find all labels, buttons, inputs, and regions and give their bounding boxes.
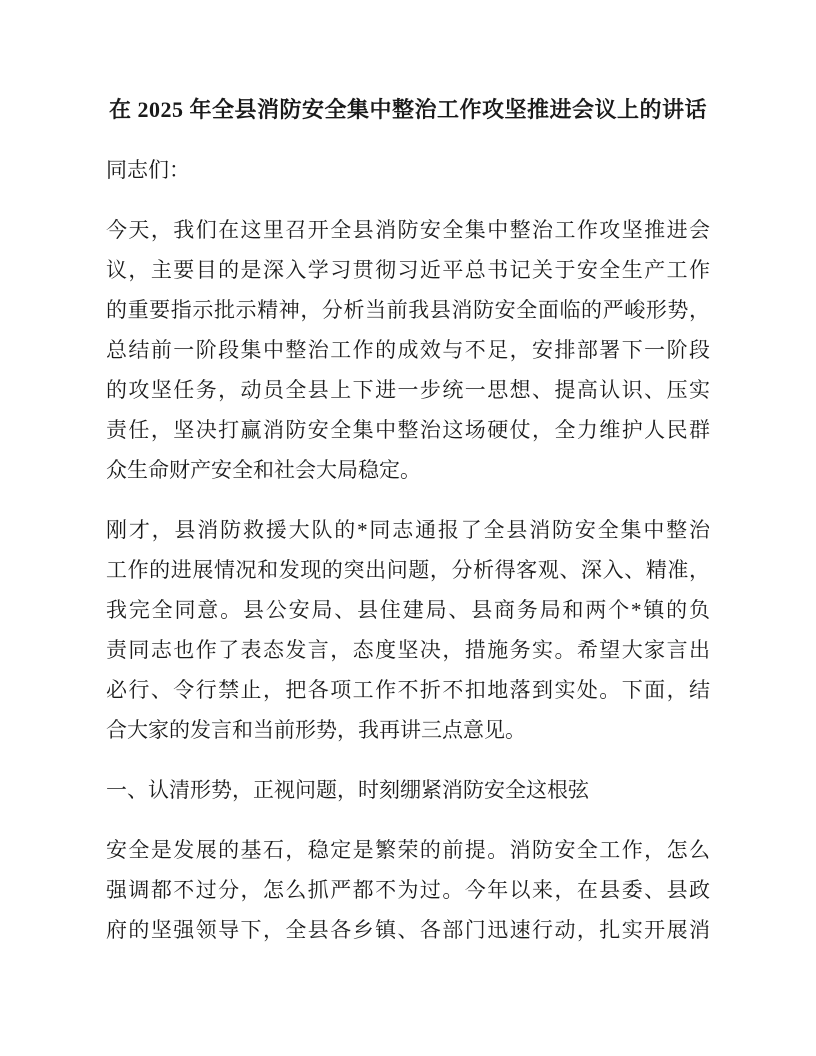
- salutation: 同志们：: [106, 150, 710, 190]
- text-line: 责同志也作了表态发言，态度坚决，措施务实。希望大家言出: [106, 630, 710, 670]
- salutation-block: 同志们：: [106, 150, 710, 190]
- text-line: 今天，我们在这里召开全县消防安全集中整治工作攻坚推进会: [106, 210, 710, 250]
- paragraph-1: 今天，我们在这里召开全县消防安全集中整治工作攻坚推进会 议，主要目的是深入学习贯…: [106, 210, 710, 490]
- text-line: 必行、令行禁止，把各项工作不折不扣地落到实处。下面，结: [106, 670, 710, 710]
- text-line: 议，主要目的是深入学习贯彻习近平总书记关于安全生产工作: [106, 250, 710, 290]
- text-line: 的重要指示批示精神，分析当前我县消防安全面临的严峻形势，: [106, 290, 710, 330]
- heading-text: 一、认清形势，正视问题，时刻绷紧消防安全这根弦: [106, 770, 710, 810]
- text-line: 工作的进展情况和发现的突出问题，分析得客观、深入、精准，: [106, 550, 710, 590]
- text-line: 我完全同意。县公安局、县住建局、县商务局和两个*镇的负: [106, 590, 710, 630]
- text-line: 刚才，县消防救援大队的*同志通报了全县消防安全集中整治: [106, 510, 710, 550]
- document-title: 在 2025 年全县消防安全集中整治工作攻坚推进会议上的讲话: [106, 90, 710, 130]
- paragraph-3: 安全是发展的基石，稳定是繁荣的前提。消防安全工作，怎么 强调都不过分，怎么抓严都…: [106, 830, 710, 950]
- document-page: 在 2025 年全县消防安全集中整治工作攻坚推进会议上的讲话 同志们： 今天，我…: [0, 0, 816, 1056]
- text-line: 责任，坚决打赢消防安全集中整治这场硬仗，全力维护人民群: [106, 410, 710, 450]
- text-line: 众生命财产安全和社会大局稳定。: [106, 450, 710, 490]
- paragraph-2: 刚才，县消防救援大队的*同志通报了全县消防安全集中整治 工作的进展情况和发现的突…: [106, 510, 710, 750]
- text-line: 强调都不过分，怎么抓严都不为过。今年以来，在县委、县政: [106, 870, 710, 910]
- text-line: 的攻坚任务，动员全县上下进一步统一思想、提高认识、压实: [106, 370, 710, 410]
- text-line: 总结前一阶段集中整治工作的成效与不足，安排部署下一阶段: [106, 330, 710, 370]
- text-line: 府的坚强领导下，全县各乡镇、各部门迅速行动，扎实开展消: [106, 910, 710, 950]
- text-line: 安全是发展的基石，稳定是繁荣的前提。消防安全工作，怎么: [106, 830, 710, 870]
- text-line: 合大家的发言和当前形势，我再讲三点意见。: [106, 710, 710, 750]
- section-heading-1: 一、认清形势，正视问题，时刻绷紧消防安全这根弦: [106, 770, 710, 810]
